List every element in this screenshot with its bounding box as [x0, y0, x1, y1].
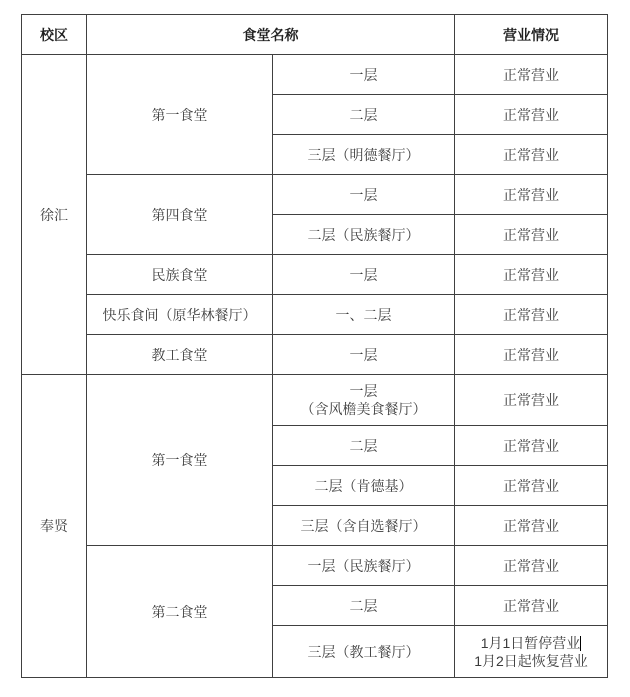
- status-cell: 1月1日暂停营业 1月2日起恢复营业: [455, 626, 608, 678]
- status-cell: 正常营业: [455, 55, 608, 95]
- status-cell: 正常营业: [455, 586, 608, 626]
- floor-cell: 一层 （含风檐美食餐厅）: [273, 375, 455, 426]
- floor-line-2: （含风檐美食餐厅）: [275, 400, 452, 418]
- status-cell: 正常营业: [455, 426, 608, 466]
- floor-cell: 一层: [273, 335, 455, 375]
- canteen-cell: 第一食堂: [87, 375, 273, 546]
- campus-cell-xuhui: 徐汇: [22, 55, 87, 375]
- floor-cell: 三层（教工餐厅）: [273, 626, 455, 678]
- status-cell: 正常营业: [455, 335, 608, 375]
- status-cell: 正常营业: [455, 375, 608, 426]
- status-cell: 正常营业: [455, 135, 608, 175]
- canteen-cell: 教工食堂: [87, 335, 273, 375]
- table-row: 第二食堂 一层（民族餐厅） 正常营业: [22, 546, 608, 586]
- floor-cell: 二层: [273, 586, 455, 626]
- header-canteen-name: 食堂名称: [87, 15, 455, 55]
- floor-cell: 一层: [273, 55, 455, 95]
- header-row: 校区 食堂名称 营业情况: [22, 15, 608, 55]
- table-row: 民族食堂 一层 正常营业: [22, 255, 608, 295]
- floor-cell: 一、二层: [273, 295, 455, 335]
- status-cell: 正常营业: [455, 295, 608, 335]
- table-row: 快乐食间（原华林餐厅） 一、二层 正常营业: [22, 295, 608, 335]
- status-cell: 正常营业: [455, 255, 608, 295]
- floor-cell: 三层（含自选餐厅）: [273, 506, 455, 546]
- canteen-status-table: 校区 食堂名称 营业情况 徐汇 第一食堂 一层 正常营业 二层 正常营业 三层（…: [21, 14, 608, 678]
- canteen-cell: 快乐食间（原华林餐厅）: [87, 295, 273, 335]
- status-cell: 正常营业: [455, 506, 608, 546]
- campus-cell-fengxian: 奉贤: [22, 375, 87, 678]
- table-row: 教工食堂 一层 正常营业: [22, 335, 608, 375]
- floor-cell: 二层（肯德基）: [273, 466, 455, 506]
- floor-line-1: 一层: [275, 382, 452, 400]
- table-row: 第四食堂 一层 正常营业: [22, 175, 608, 215]
- canteen-cell: 第四食堂: [87, 175, 273, 255]
- status-cell: 正常营业: [455, 466, 608, 506]
- floor-cell: 一层: [273, 175, 455, 215]
- floor-cell: 一层: [273, 255, 455, 295]
- status-cell: 正常营业: [455, 175, 608, 215]
- status-cell: 正常营业: [455, 546, 608, 586]
- header-status: 营业情况: [455, 15, 608, 55]
- floor-cell: 三层（明德餐厅）: [273, 135, 455, 175]
- status-line-2: 1月2日起恢复营业: [457, 652, 605, 670]
- canteen-cell: 第二食堂: [87, 546, 273, 678]
- table-row: 奉贤 第一食堂 一层 （含风檐美食餐厅） 正常营业: [22, 375, 608, 426]
- status-cell: 正常营业: [455, 215, 608, 255]
- floor-cell: 二层: [273, 95, 455, 135]
- floor-cell: 二层: [273, 426, 455, 466]
- text-caret: [580, 636, 581, 651]
- floor-cell: 二层（民族餐厅）: [273, 215, 455, 255]
- status-text: 1月1日暂停营业: [481, 635, 581, 651]
- canteen-cell: 第一食堂: [87, 55, 273, 175]
- floor-cell: 一层（民族餐厅）: [273, 546, 455, 586]
- canteen-cell: 民族食堂: [87, 255, 273, 295]
- status-line-1: 1月1日暂停营业: [457, 634, 605, 652]
- table-row: 徐汇 第一食堂 一层 正常营业: [22, 55, 608, 95]
- status-cell: 正常营业: [455, 95, 608, 135]
- header-campus: 校区: [22, 15, 87, 55]
